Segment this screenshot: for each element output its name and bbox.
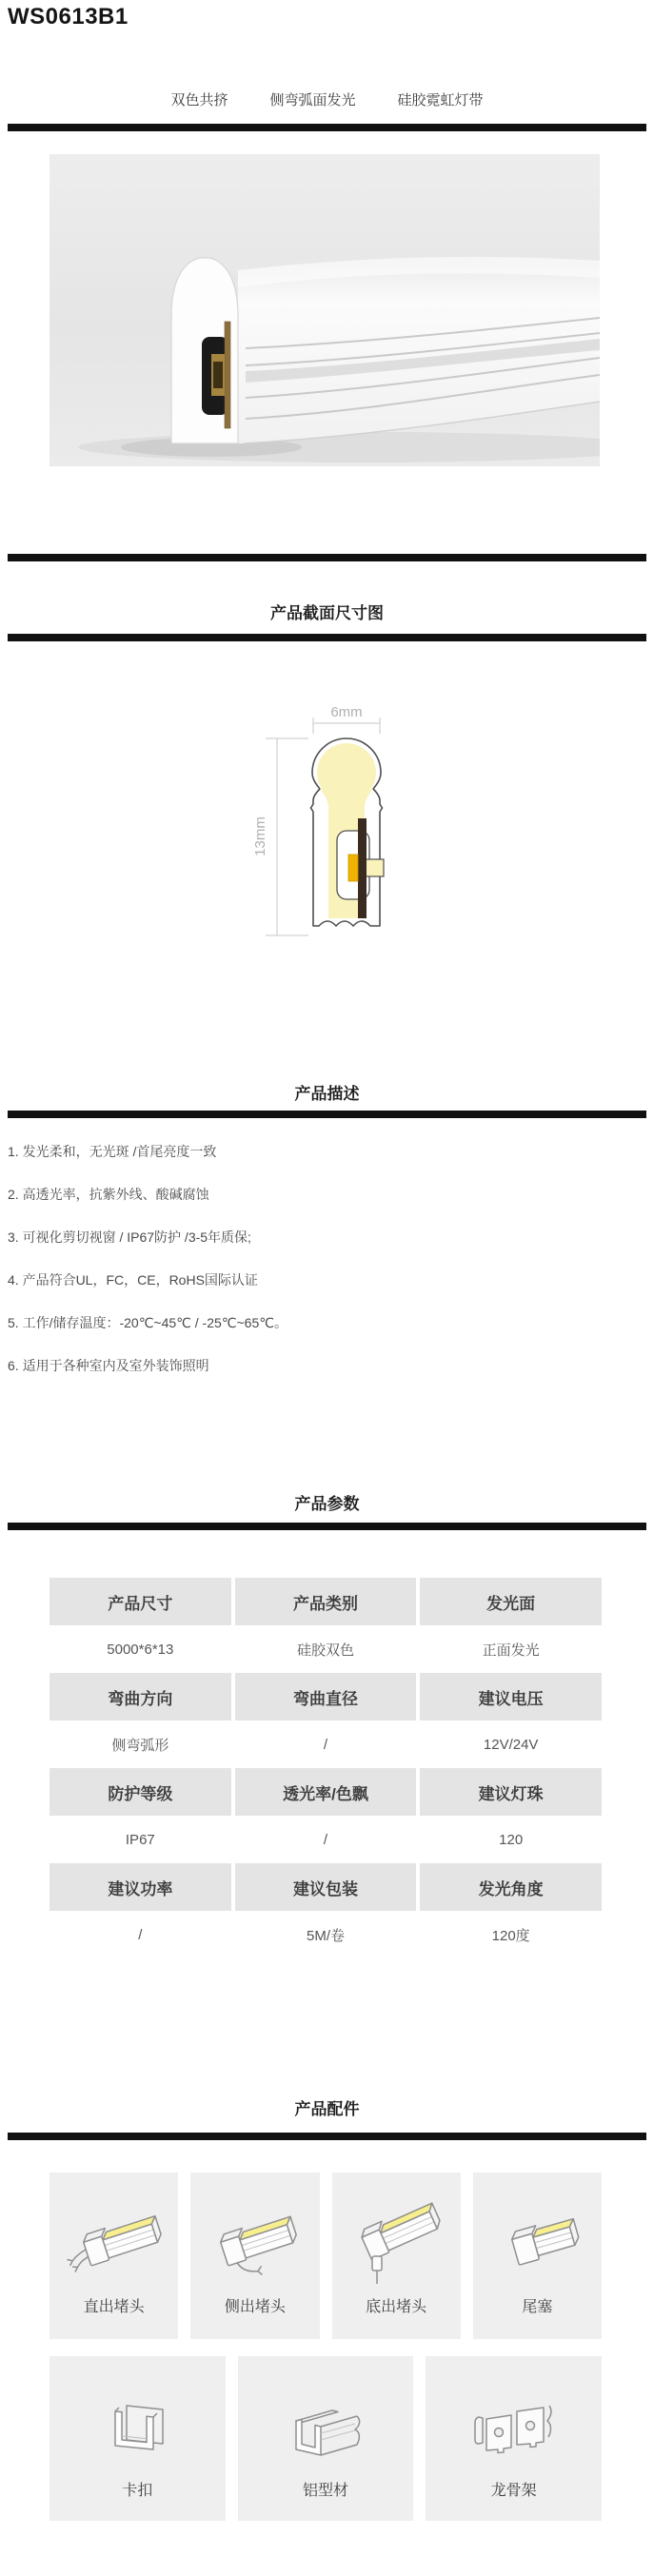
table-row: 防护等级 透光率/色飘 建议灯珠	[50, 1768, 602, 1816]
param-value-cell: /	[235, 1721, 417, 1768]
keel-bracket-icon	[462, 2371, 566, 2472]
accessory-card: 侧出堵头	[190, 2173, 319, 2339]
description-item: 3. 可视化剪切视窗 / IP67防护 /3-5年质保;	[8, 1228, 636, 1247]
param-value-cell: IP67	[50, 1816, 231, 1863]
param-header-cell: 防护等级	[50, 1768, 231, 1816]
description-item: 4. 产品符合UL，FC，CE，RoHS国际认证	[8, 1270, 636, 1289]
param-header-cell: 产品尺寸	[50, 1578, 231, 1625]
param-header-cell: 弯曲方向	[50, 1673, 231, 1721]
param-value-cell: 正面发光	[420, 1625, 602, 1673]
width-dimension-label: 6mm	[330, 704, 362, 720]
description-item: 5. 工作/储存温度：-20℃~45℃ / -25℃~65℃。	[8, 1313, 636, 1332]
section-rule	[8, 634, 646, 641]
height-dimension-label: 13mm	[252, 816, 268, 856]
table-row: 弯曲方向 弯曲直径 建议电压	[50, 1673, 602, 1721]
param-header-cell: 建议电压	[420, 1673, 602, 1721]
accessory-card: 尾塞	[473, 2173, 602, 2339]
param-value-cell: 侧弯弧形	[50, 1721, 231, 1768]
accessory-card: 直出堵头	[50, 2173, 178, 2339]
accessory-label: 底出堵头	[366, 2294, 426, 2316]
aluminum-profile-icon	[273, 2371, 378, 2472]
table-row: 产品尺寸 产品类别 发光面	[50, 1578, 602, 1625]
section-title-accessories: 产品配件	[0, 2095, 654, 2119]
section-title-cross-section: 产品截面尺寸图	[0, 600, 654, 623]
param-header-cell: 产品类别	[235, 1578, 417, 1625]
accessories-grid-row1: 直出堵头 侧出堵头	[50, 2173, 602, 2339]
product-sheet: WS0613B1 双色共挤侧弯弧面发光硅胶霓虹灯带	[0, 0, 654, 2576]
param-value-cell: /	[235, 1816, 417, 1863]
accessory-card: 底出堵头	[332, 2173, 461, 2339]
section-rule	[8, 1111, 646, 1118]
param-value-cell: 5000*6*13	[50, 1625, 231, 1673]
bottom-exit-plug-icon	[344, 2188, 448, 2289]
param-value-cell: 硅胶双色	[235, 1625, 417, 1673]
accessory-label: 铝型材	[303, 2478, 348, 2500]
section-title-description: 产品描述	[0, 1080, 654, 1104]
accessory-card: 龙骨架	[426, 2356, 602, 2521]
end-cap-icon	[485, 2188, 589, 2289]
param-header-cell: 建议功率	[50, 1863, 231, 1911]
section-rule	[8, 124, 646, 131]
straight-exit-plug-icon	[62, 2188, 167, 2289]
param-header-cell: 建议包装	[235, 1863, 417, 1911]
clip-icon	[85, 2371, 189, 2472]
section-rule	[8, 1523, 646, 1530]
accessories-grid-row2: 卡扣 铝型材	[50, 2356, 602, 2521]
description-item: 2. 高透光率，抗紫外线、酸碱腐蚀	[8, 1185, 636, 1204]
param-header-cell: 弯曲直径	[235, 1673, 417, 1721]
param-value-cell: 120度	[420, 1911, 602, 1958]
section-title-parameters: 产品参数	[0, 1490, 654, 1514]
accessory-label: 侧出堵头	[225, 2294, 286, 2316]
accessory-label: 龙骨架	[491, 2478, 537, 2500]
side-exit-plug-icon	[203, 2188, 307, 2289]
page-title: WS0613B1	[8, 4, 129, 30]
parameters-table: 产品尺寸 产品类别 发光面 5000*6*13 硅胶双色 正面发光 弯曲方向 弯…	[50, 1578, 602, 1958]
param-value-cell: 12V/24V	[420, 1721, 602, 1768]
product-tags: 双色共挤侧弯弧面发光硅胶霓虹灯带	[0, 89, 654, 109]
section-rule	[8, 2133, 646, 2140]
param-value-cell: /	[50, 1911, 231, 1958]
table-row: / 5M/卷 120度	[50, 1911, 602, 1958]
param-header-cell: 建议灯珠	[420, 1768, 602, 1816]
param-value-cell: 120	[420, 1816, 602, 1863]
table-row: 侧弯弧形 / 12V/24V	[50, 1721, 602, 1768]
cross-section-diagram: 6mm 13mm	[246, 698, 407, 954]
product-photo	[50, 154, 600, 466]
param-header-cell: 发光角度	[420, 1863, 602, 1911]
accessory-label: 直出堵头	[84, 2294, 145, 2316]
accessory-label: 尾塞	[522, 2294, 552, 2316]
table-row: 建议功率 建议包装 发光角度	[50, 1863, 602, 1911]
param-header-cell: 发光面	[420, 1578, 602, 1625]
tag-item: 双色共挤	[170, 92, 228, 108]
table-row: 5000*6*13 硅胶双色 正面发光	[50, 1625, 602, 1673]
section-rule	[8, 554, 646, 561]
param-header-cell: 透光率/色飘	[235, 1768, 417, 1816]
description-list: 1. 发光柔和，无光斑 /首尾亮度一致 2. 高透光率，抗紫外线、酸碱腐蚀 3.…	[8, 1142, 636, 1399]
accessory-card: 卡扣	[50, 2356, 226, 2521]
description-item: 1. 发光柔和，无光斑 /首尾亮度一致	[8, 1142, 636, 1161]
table-row: IP67 / 120	[50, 1816, 602, 1863]
accessory-card: 铝型材	[238, 2356, 414, 2521]
accessory-label: 卡扣	[122, 2478, 152, 2500]
tag-item: 侧弯弧面发光	[269, 92, 355, 108]
description-item: 6. 适用于各种室内及室外装饰照明	[8, 1356, 636, 1375]
param-value-cell: 5M/卷	[235, 1911, 417, 1958]
tag-item: 硅胶霓虹灯带	[398, 92, 484, 108]
